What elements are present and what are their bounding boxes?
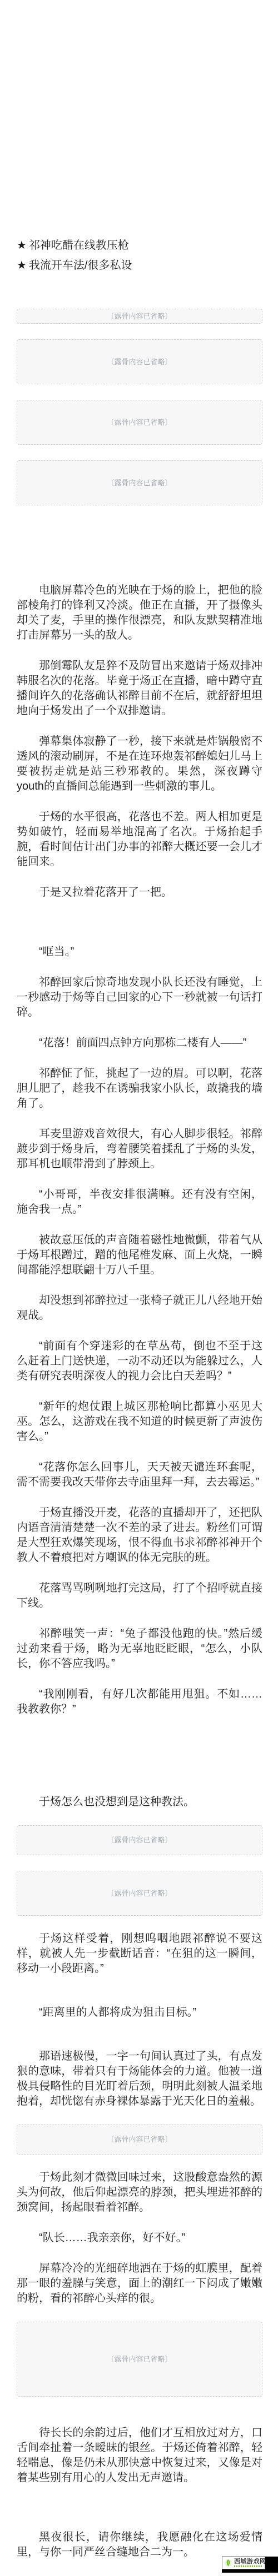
dialogue-paragraph: “我刚刚看，有好几次都能用甩狙。不如……我教教你？”	[17, 1687, 262, 1717]
redacted-passage: 〔露骨内容已省略〕	[17, 460, 262, 505]
star-icon: ★	[17, 259, 27, 272]
redacted-passage: 〔露骨内容已省略〕	[17, 309, 262, 324]
author-notes: ★祁神吃醋在线教压枪 ★我流开车法/很多私设	[17, 235, 262, 275]
story-paragraph: 黑夜很长，请你继续，我愿融化在这场爱情里，与你一同严丝合缝地合二为一。	[17, 2530, 262, 2560]
story-paragraph: 于是又拉着花落开了一把。	[17, 885, 262, 900]
watermark-site-name: 西城游戏网	[234, 2558, 263, 2565]
dialogue-paragraph: “队长……我亲亲你，好不好。”	[17, 2231, 262, 2246]
story-paragraph: 于炀此刻才微微回味过来，这股酸意盎然的源头为何故，他后仰起漂亮的脖颈，把头埋进祁…	[17, 2170, 262, 2215]
story-paragraph: 于炀这样受着，刚想呜咽地跟祁醉说不要这样，就被人先一步截断话音：“在狙的这一瞬间…	[17, 1931, 262, 1976]
story-paragraph: 耳麦里游戏音效很大，有心人脚步很轻。祁醉踱步到于炀身后，弯着腰笑着揉乱了于炀的头…	[17, 1127, 262, 1172]
leaf-logo-icon	[224, 2559, 232, 2567]
page-content: ★祁神吃醋在线教压枪 ★我流开车法/很多私设 〔露骨内容已省略〕〔露骨内容已省略…	[0, 0, 278, 2560]
story-paragraph: 于炀直播没开麦，花落的直播却开了，还把队内语音清清楚楚一次不差的录了进去。粉丝们…	[17, 1505, 262, 1565]
dialogue-paragraph: “距离里的人都将成为狙击目标。”	[17, 2005, 262, 2020]
redacted-passage: 〔露骨内容已省略〕	[17, 400, 262, 445]
story-paragraph: 那语速极慢，一字一句间认真过了头，有点发狠的意味，带着只有于炀能体会的力道。他被…	[17, 2049, 262, 2109]
author-note-text: 祁神吃醋在线教压枪	[29, 239, 129, 252]
redacted-passage: 〔露骨内容已省略〕	[17, 2322, 262, 2397]
story-paragraph: 于炀怎么也没想到是这种教法。	[17, 1795, 262, 1810]
story-paragraph: 祁醉怔了怔，挑起了一边的眉。可以啊，花落胆儿肥了，趁我不在诱骗我家小队长，敢撬我…	[17, 1066, 262, 1111]
redacted-passage: 〔露骨内容已省略〕	[17, 1871, 262, 1916]
dialogue-paragraph: “新年的炮仗跟上城区那枪响比都算小巫见大巫。怎么，这游戏在我不知道的时候更新了声…	[17, 1399, 262, 1444]
star-icon: ★	[17, 239, 27, 252]
redacted-passage: 〔露骨内容已省略〕	[17, 2125, 262, 2155]
author-note: ★我流开车法/很多私设	[17, 255, 262, 275]
story-paragraph: 祁醉回家后惊奇地发现小队长还没有睡觉，上一秒感动于炀等自己回家的心下一秒就被一句…	[17, 975, 262, 1020]
dialogue-paragraph: “前面有个穿迷彩的在草丛苟，倒也不至于这么赶着上门送快递，一动不动还以为能躲过么…	[17, 1339, 262, 1384]
story-paragraph: 被故意压低的声音随着磁性地微颤，带着气从于炀耳根蹭过，蹭的他尾椎发麻、面上火烧，…	[17, 1233, 262, 1278]
watermark-text-column: 西城游戏网	[234, 2558, 263, 2567]
fanfic-page: ★祁神吃醋在线教压枪 ★我流开车法/很多私设 〔露骨内容已省略〕〔露骨内容已省略…	[0, 0, 278, 2576]
author-note-text: 我流开车法/很多私设	[29, 259, 132, 272]
redacted-passage: 〔露骨内容已省略〕	[17, 1825, 262, 1855]
story-body: 〔露骨内容已省略〕〔露骨内容已省略〕〔露骨内容已省略〕〔露骨内容已省略〕电脑屏幕…	[17, 309, 262, 2560]
watermark-badge: 西城游戏网	[222, 2556, 265, 2569]
story-paragraph: 花落骂骂咧咧地打完这局，打了个招呼就直接下线。	[17, 1581, 262, 1611]
story-paragraph: 祁醉嗤笑一声：“兔子都没他跑的快。”然后缓过劲来看于炀，略为无辜地眨眨眼，“怎么…	[17, 1626, 262, 1671]
dialogue-paragraph: “花落你怎么回事儿，天天被天谴连环套呢，需不需要我改天带你去寺庙里拜一拜，去去霉…	[17, 1460, 262, 1490]
dialogue-paragraph: “哐当。”	[17, 945, 262, 960]
story-paragraph: 电脑屏幕冷色的光映在于炀的脸上，把他的脸部棱角打的锋利又冷淡。他正在直播，开了摄…	[17, 583, 262, 643]
story-paragraph: 那倒霉队友是猝不及防冒出来邀请于炀双排冲韩服名次的花落。毕竟于炀正在直播，暗中蹲…	[17, 659, 262, 719]
author-note: ★祁神吃醋在线教压枪	[17, 235, 262, 255]
story-paragraph: 弹幕集体寂静了一秒，接下来就是炸锅般密不透风的滚动刷屏，不是在连环炮轰祁醉媳妇儿…	[17, 734, 262, 794]
dialogue-paragraph: “小哥哥，半夜安排很满嘛。还有没有空闲，施舍我一点。”	[17, 1187, 262, 1217]
watermark-fineprint	[234, 2565, 263, 2567]
story-paragraph: 却没想到祁醉拉过一张椅子就正儿八经地开始观战。	[17, 1293, 262, 1323]
redacted-passage: 〔露骨内容已省略〕	[17, 339, 262, 384]
story-paragraph: 待长长的余韵过后，他们才互相放过对方，口舌间牵扯着一条暧昧的银丝。于炀还倚着祁醉…	[17, 2426, 262, 2485]
story-paragraph: 于炀的水平很高，花落也不差。两人相加更是势如破竹，轻而易举地混高了名次。于炀抬起…	[17, 810, 262, 870]
dialogue-paragraph: “花落！前面四点钟方向那栋二楼有人——”	[17, 1036, 262, 1051]
story-paragraph: 屏幕冷冷的光细碎地洒在于炀的虹膜里，配着那一眼的羞臊与笑意，面上的潮红一下闷成了…	[17, 2261, 262, 2306]
site-watermark: 西城游戏网	[222, 2557, 278, 2573]
